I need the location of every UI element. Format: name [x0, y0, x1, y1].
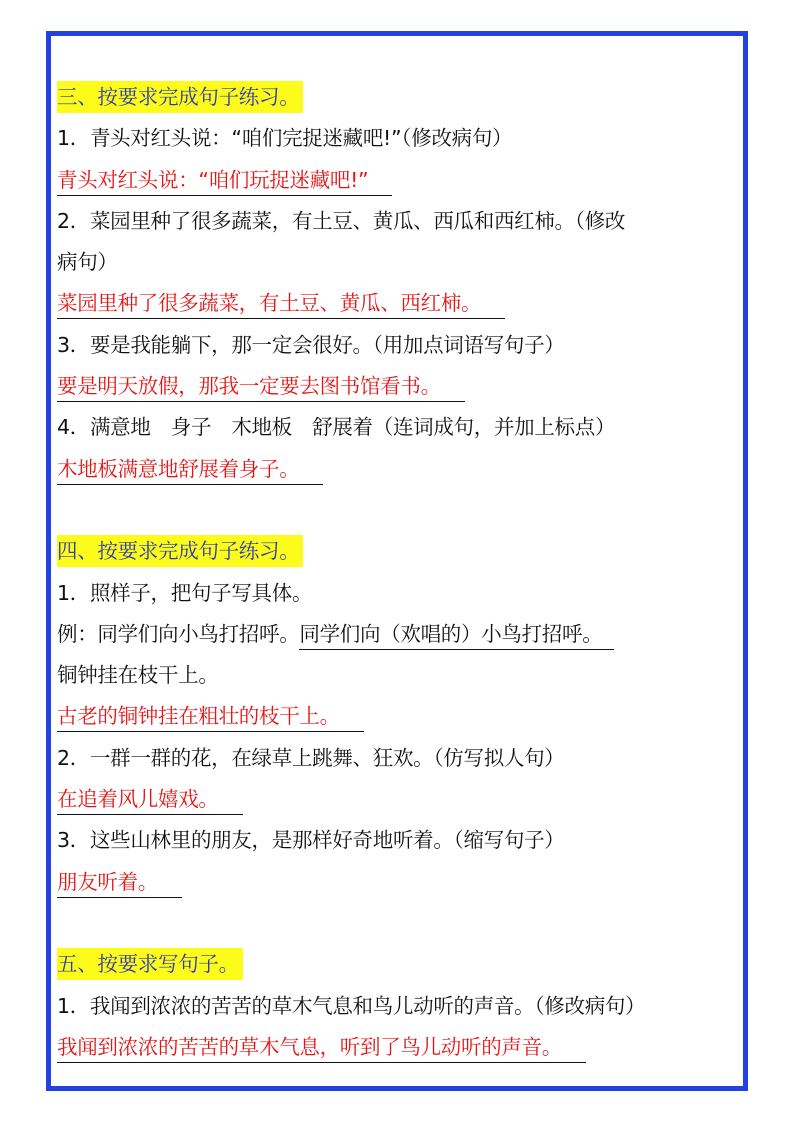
question-5-1: 1．我闻到浓浓的苦苦的草木气息和鸟儿动听的声音。（修改病句）: [57, 986, 741, 1027]
section-heading-text: 五、按要求写句子。: [57, 948, 243, 980]
question-4-3: 3．这些山林里的朋友，是那样好奇地听着。（缩写句子）: [57, 820, 741, 861]
question-3-3: 3．要是我能躺下，那一定会很好。（用加点词语写句子）: [57, 325, 741, 366]
question-4-2: 2．一群一群的花，在绿草上跳舞、狂欢。（仿写拟人句）: [57, 738, 741, 779]
section-heading-5: 五、按要求写句子。: [57, 944, 741, 985]
example-prefix: 例：同学们向小鸟打招呼。: [57, 622, 299, 646]
example-4-1: 例：同学们向小鸟打招呼。同学们向（欢唱的）小鸟打招呼。: [57, 614, 741, 655]
answer-4-2[interactable]: 在追着风儿嬉戏。: [57, 779, 741, 820]
answer-3-4[interactable]: 木地板满意地舒展着身子。: [57, 449, 741, 490]
answer-text: 青头对红头说：“咱们玩捉迷藏吧!”: [57, 165, 392, 196]
answer-3-2[interactable]: 菜园里种了很多蔬菜，有土豆、黄瓜、西红柿。: [57, 283, 741, 324]
answer-4-3[interactable]: 朋友听着。: [57, 862, 741, 903]
answer-text: 我闻到浓浓的苦苦的草木气息，听到了鸟儿动听的声音。: [57, 1032, 586, 1063]
answer-3-3[interactable]: 要是明天放假，那我一定要去图书馆看书。: [57, 366, 741, 407]
question-3-2-cont: 病句）: [57, 242, 741, 283]
section-heading-text: 四、按要求完成句子练习。: [57, 535, 303, 567]
answer-3-1[interactable]: 青头对红头说：“咱们玩捉迷藏吧!”: [57, 160, 741, 201]
section-heading-3: 三、按要求完成句子练习。: [57, 77, 741, 118]
question-3-2: 2．菜园里种了很多蔬菜，有土豆、黄瓜、西瓜和西红柿。（修改: [57, 201, 741, 242]
section-heading-text: 三、按要求完成句子练习。: [57, 81, 303, 113]
answer-text: 古老的铜钟挂在粗壮的枝干上。: [57, 701, 364, 732]
answer-text: 木地板满意地舒展着身子。: [57, 454, 323, 485]
worksheet-content: 三、按要求完成句子练习。 1．青头对红头说：“咱们完捉迷藏吧!”（修改病句） 青…: [57, 77, 741, 1068]
question-3-1: 1．青头对红头说：“咱们完捉迷藏吧!”（修改病句）: [57, 118, 741, 159]
spacer: [57, 490, 741, 531]
answer-text: 要是明天放假，那我一定要去图书馆看书。: [57, 371, 465, 402]
answer-text: 菜园里种了很多蔬菜，有土豆、黄瓜、西红柿。: [57, 288, 505, 319]
question-3-4: 4．满意地 身子 木地板 舒展着（连词成句，并加上标点）: [57, 407, 741, 448]
answer-text: 朋友听着。: [57, 867, 182, 898]
example-answer: 同学们向（欢唱的）小鸟打招呼。: [299, 619, 614, 650]
answer-text: 在追着风儿嬉戏。: [57, 784, 243, 815]
spacer: [57, 903, 741, 944]
sub-question-4-1: 铜钟挂在枝干上。: [57, 655, 741, 696]
question-4-1: 1．照样子，把句子写具体。: [57, 573, 741, 614]
answer-5-1[interactable]: 我闻到浓浓的苦苦的草木气息，听到了鸟儿动听的声音。: [57, 1027, 741, 1068]
section-heading-4: 四、按要求完成句子练习。: [57, 531, 741, 572]
answer-4-1[interactable]: 古老的铜钟挂在粗壮的枝干上。: [57, 696, 741, 737]
